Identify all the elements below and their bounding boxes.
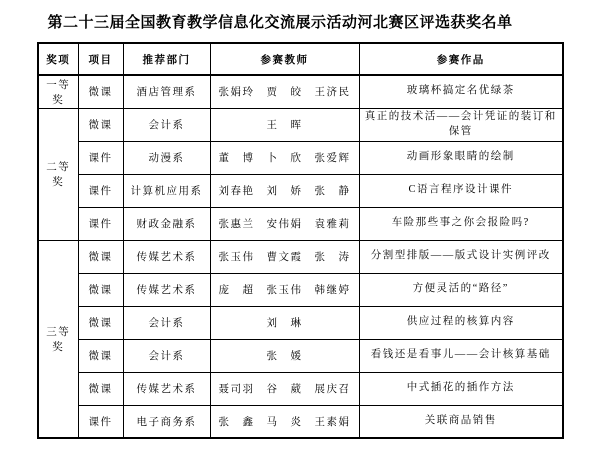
work-cell: 真正的技术活——会计凭证的装订和 保管	[359, 108, 563, 141]
header-cell-teachers: 参赛教师	[210, 43, 359, 75]
table-row: 微课传媒艺术系庞 超 张玉伟 韩继婷方便灵活的“路径”	[38, 273, 563, 306]
teachers-cell: 张 媛	[210, 339, 359, 372]
table-row: 课件财政金融系张惠兰 安伟娟 袁雅莉车险那些事之你会报险吗?	[38, 207, 563, 240]
department-cell: 动漫系	[123, 141, 210, 174]
table-row: 一等奖微课酒店管理系张娟玲 贾 皎 王济民玻璃杯搞定名优绿茶	[38, 75, 563, 108]
award-cell: 二等奖	[38, 108, 78, 240]
work-cell: C语言程序设计课件	[359, 174, 563, 207]
document-page: 第二十三届全国教育教学信息化交流展示活动河北赛区评选获奖名单 奖项 项目 推荐部…	[0, 11, 600, 439]
project-cell: 微课	[78, 108, 123, 141]
table-row: 三等奖微课传媒艺术系张玉伟 曹文霞 张 涛分割型排版——版式设计实例评改	[38, 240, 563, 273]
department-cell: 财政金融系	[123, 207, 210, 240]
work-cell: 动画形象眼睛的绘制	[359, 141, 563, 174]
table-body: 一等奖微课酒店管理系张娟玲 贾 皎 王济民玻璃杯搞定名优绿茶二等奖微课会计系王 …	[38, 75, 563, 438]
project-cell: 课件	[78, 141, 123, 174]
header-cell-award: 奖项	[38, 43, 78, 75]
award-cell: 三等奖	[38, 240, 78, 438]
teachers-cell: 张惠兰 安伟娟 袁雅莉	[210, 207, 359, 240]
teachers-cell: 刘 琳	[210, 306, 359, 339]
table-row: 课件动漫系董 博 卜 欣 张爱辉动画形象眼睛的绘制	[38, 141, 563, 174]
department-cell: 会计系	[123, 108, 210, 141]
header-cell-project: 项目	[78, 43, 123, 75]
department-cell: 会计系	[123, 339, 210, 372]
project-cell: 课件	[78, 207, 123, 240]
department-cell: 会计系	[123, 306, 210, 339]
teachers-cell: 张玉伟 曹文霞 张 涛	[210, 240, 359, 273]
table-row: 微课传媒艺术系聂司羽 谷 葳 展庆召中式插花的插作方法	[38, 372, 563, 405]
award-cell: 一等奖	[38, 75, 78, 108]
work-cell: 分割型排版——版式设计实例评改	[359, 240, 563, 273]
table-row: 微课会计系刘 琳供应过程的核算内容	[38, 306, 563, 339]
work-cell: 中式插花的插作方法	[359, 372, 563, 405]
header-cell-work: 参赛作品	[359, 43, 563, 75]
header-cell-department: 推荐部门	[123, 43, 210, 75]
project-cell: 微课	[78, 75, 123, 108]
teachers-cell: 聂司羽 谷 葳 展庆召	[210, 372, 359, 405]
work-cell: 车险那些事之你会报险吗?	[359, 207, 563, 240]
project-cell: 课件	[78, 174, 123, 207]
work-cell: 供应过程的核算内容	[359, 306, 563, 339]
work-cell: 方便灵活的“路径”	[359, 273, 563, 306]
project-cell: 微课	[78, 339, 123, 372]
teachers-cell: 张娟玲 贾 皎 王济民	[210, 75, 359, 108]
project-cell: 微课	[78, 306, 123, 339]
teachers-cell: 张 鑫 马 炎 王素娟	[210, 405, 359, 438]
department-cell: 传媒艺术系	[123, 240, 210, 273]
department-cell: 酒店管理系	[123, 75, 210, 108]
teachers-cell: 董 博 卜 欣 张爱辉	[210, 141, 359, 174]
table-row: 微课会计系张 媛看钱还是看事儿——会计核算基础	[38, 339, 563, 372]
department-cell: 计算机应用系	[123, 174, 210, 207]
work-cell: 看钱还是看事儿——会计核算基础	[359, 339, 563, 372]
table-row: 课件电子商务系张 鑫 马 炎 王素娟关联商品销售	[38, 405, 563, 438]
department-cell: 传媒艺术系	[123, 273, 210, 306]
teachers-cell: 刘春艳 刘 娇 张 静	[210, 174, 359, 207]
department-cell: 传媒艺术系	[123, 372, 210, 405]
table-row: 二等奖微课会计系王 晖真正的技术活——会计凭证的装订和 保管	[38, 108, 563, 141]
project-cell: 微课	[78, 372, 123, 405]
work-cell: 玻璃杯搞定名优绿茶	[359, 75, 563, 108]
page-title: 第二十三届全国教育教学信息化交流展示活动河北赛区评选获奖名单	[30, 11, 530, 32]
department-cell: 电子商务系	[123, 405, 210, 438]
header-row: 奖项 项目 推荐部门 参赛教师 参赛作品	[38, 43, 563, 75]
awards-table: 奖项 项目 推荐部门 参赛教师 参赛作品 一等奖微课酒店管理系张娟玲 贾 皎 王…	[37, 42, 564, 439]
project-cell: 微课	[78, 240, 123, 273]
work-cell: 关联商品销售	[359, 405, 563, 438]
table-row: 课件计算机应用系刘春艳 刘 娇 张 静C语言程序设计课件	[38, 174, 563, 207]
teachers-cell: 庞 超 张玉伟 韩继婷	[210, 273, 359, 306]
project-cell: 课件	[78, 405, 123, 438]
teachers-cell: 王 晖	[210, 108, 359, 141]
project-cell: 微课	[78, 273, 123, 306]
